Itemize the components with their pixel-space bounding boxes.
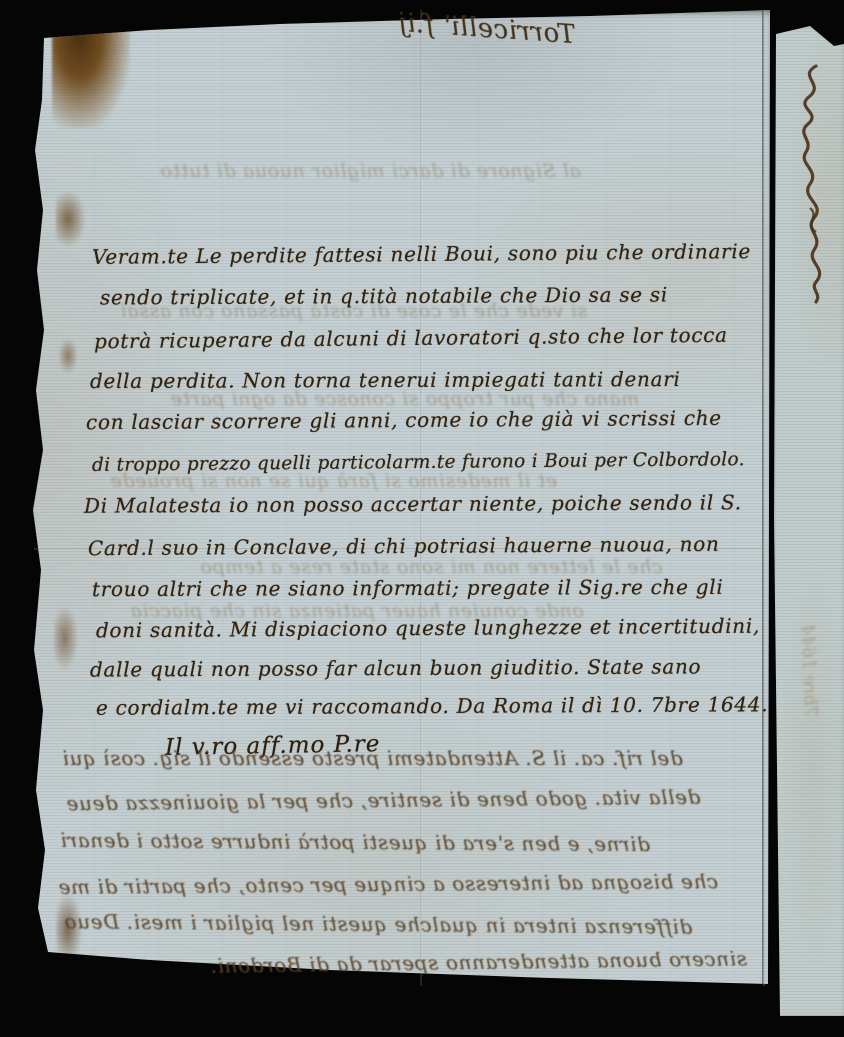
burn-spot-left-edge bbox=[54, 606, 78, 670]
letter-line: sendo triplicate, et in q.tità notabile … bbox=[100, 283, 668, 310]
bleedthrough-line: dirne, e ben s'era di questi potrà indur… bbox=[60, 828, 650, 856]
letter-line: Card.l suo in Conclave, di chi potriasi … bbox=[88, 532, 720, 560]
vertical-inscription-flourish bbox=[770, 58, 844, 358]
letter-line: della perdita. Non torna tenerui impiega… bbox=[90, 367, 681, 393]
letter-line: e cordialm.te me vi raccomando. Da Roma … bbox=[96, 692, 768, 720]
letter-line: dalle quali non posso far alcun buon giu… bbox=[90, 654, 701, 681]
burn-spot-left-edge bbox=[58, 338, 78, 374]
letter-line: Di Malatesta io non posso accertar nient… bbox=[84, 490, 742, 517]
bleedthrough-line: del rif. ca. il S. Attendatemi presto es… bbox=[62, 746, 683, 770]
right-folio-strip: 7bre 1644 bbox=[770, 20, 844, 1016]
manuscript-photo: 7bre 1644 Torricelli' f.ij si vede che l… bbox=[0, 0, 844, 1037]
strip-bleedthrough-date: 7bre 1644 bbox=[797, 623, 821, 717]
letter-line: trouo altri che ne siano informati; preg… bbox=[92, 575, 723, 601]
letter-line: con lasciar scorrere gli anni, come io c… bbox=[86, 406, 722, 434]
ghost-bleedthrough-line: al Signore di darci miglior nuoua di tut… bbox=[160, 160, 581, 182]
burn-spot-left-edge bbox=[56, 190, 86, 248]
burn-spot-top-left bbox=[52, 10, 130, 128]
letter-line: doni sanità. Mi dispiaciono queste lungh… bbox=[96, 614, 760, 643]
